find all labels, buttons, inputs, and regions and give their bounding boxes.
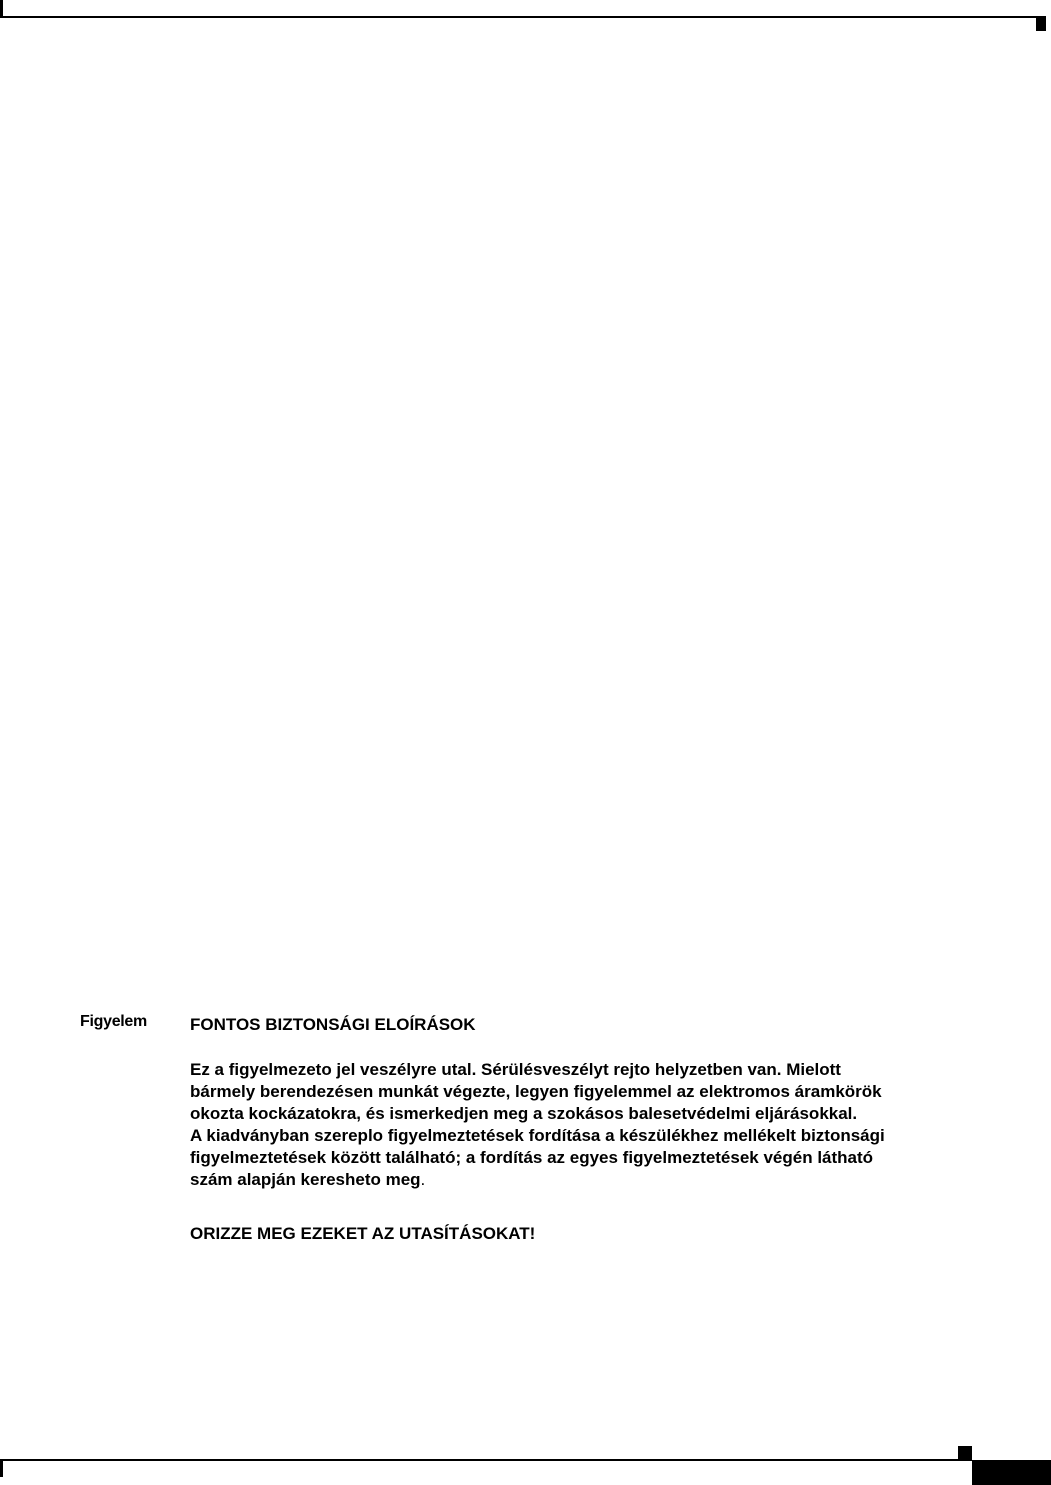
footer-marker: [958, 1446, 972, 1460]
safety-heading: FONTOS BIZTONSÁGI ELOÍRÁSOK: [190, 1015, 476, 1035]
body-line: okozta kockázatokra, és ismerkedjen meg …: [190, 1103, 990, 1125]
body-line: A kiadványban szereplo figyelmeztetések …: [190, 1125, 990, 1147]
body-line-last: szám alapján keresheto meg.: [190, 1169, 990, 1191]
footer-rule: [0, 1459, 972, 1461]
body-line-text: szám alapján keresheto meg: [190, 1170, 421, 1189]
body-line: Ez a figyelmezeto jel veszélyre utal. Sé…: [190, 1059, 990, 1081]
body-line: figyelmeztetések között található; a for…: [190, 1147, 990, 1169]
top-left-crop-mark: [0, 0, 3, 17]
warning-body: Ez a figyelmezeto jel veszélyre utal. Sé…: [190, 1059, 990, 1191]
save-instructions-note: ORIZZE MEG EZEKET AZ UTASÍTÁSOKAT!: [190, 1224, 535, 1244]
warning-label: Figyelem: [80, 1013, 147, 1031]
body-line: bármely berendezésen munkát végezte, leg…: [190, 1081, 990, 1103]
header-rule: [0, 16, 1046, 18]
bottom-left-crop-mark: [0, 1459, 3, 1477]
body-line-punct: .: [421, 1170, 426, 1189]
page-number-tab: [972, 1460, 1051, 1485]
header-marker: [1036, 18, 1046, 31]
